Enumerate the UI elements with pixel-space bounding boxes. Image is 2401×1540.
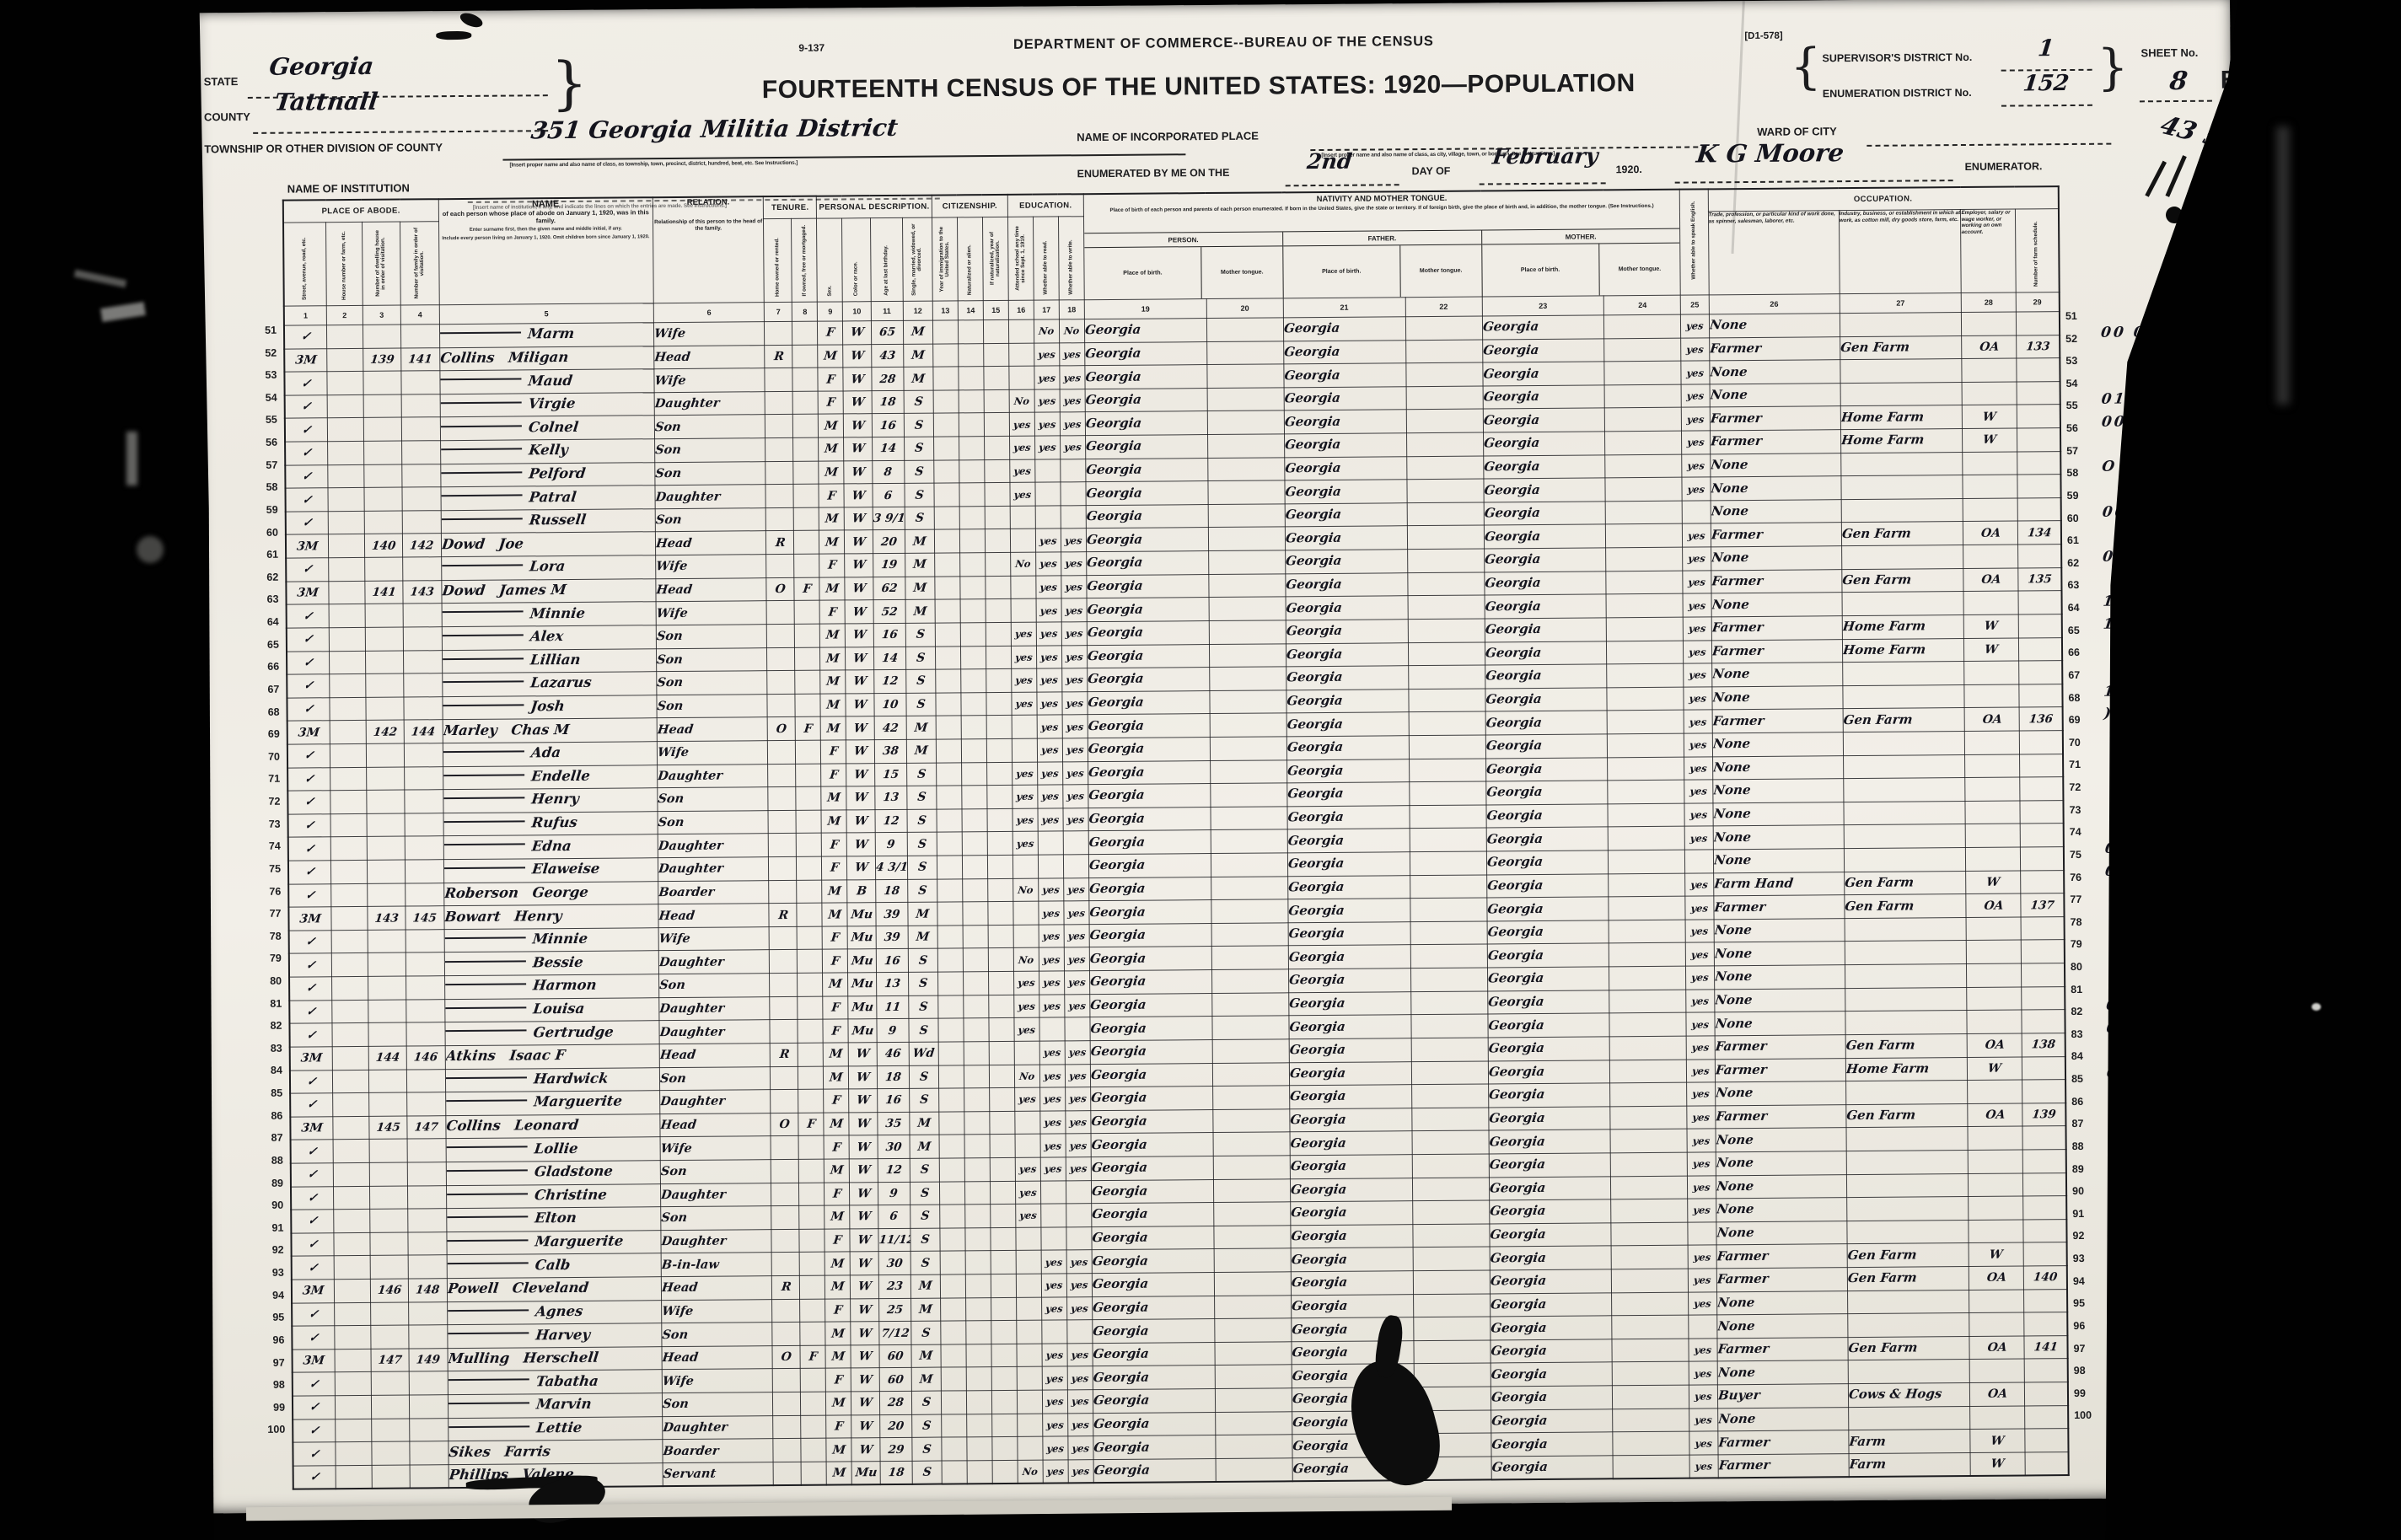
cell-st: ✓ <box>287 744 330 768</box>
cell-dw: 144 <box>368 1046 407 1070</box>
line-number-left: 94 <box>250 1289 284 1311</box>
cell-c13 <box>941 1321 966 1344</box>
cell-fam <box>410 1418 449 1441</box>
cell-color: W <box>849 1065 877 1089</box>
cell-rd: yes <box>1041 1296 1066 1320</box>
cell-mar: S <box>904 437 933 460</box>
cell-sex: F <box>826 1368 851 1392</box>
cell-mar: M <box>910 1112 939 1135</box>
cell-pob: Georgia <box>1092 1203 1214 1227</box>
cell-fam: 142 <box>402 534 441 557</box>
cell-age: 25 <box>878 1298 910 1322</box>
cell-dw <box>368 1070 407 1093</box>
cell-fpob: Georgia <box>1284 363 1406 388</box>
cell-rd: yes <box>1040 1111 1066 1135</box>
cell-fpob: Georgia <box>1288 969 1410 993</box>
cell-name: Elaweise <box>443 858 658 883</box>
cell-occ: None <box>1712 755 1843 780</box>
name-sub: of each person whose place of abode on J… <box>438 209 653 225</box>
cell-c14 <box>963 972 988 995</box>
cell-age: 14 <box>873 647 905 670</box>
cell-c13 <box>935 577 960 600</box>
cell-fpob: Georgia <box>1290 1201 1412 1226</box>
cell-st: ✓ <box>287 628 330 652</box>
cell-fam: 143 <box>403 580 442 604</box>
cell-fpob: Georgia <box>1290 1178 1412 1202</box>
cell-sex: M <box>819 414 844 437</box>
cell-pob: Georgia <box>1087 598 1209 622</box>
cell-wr: yes <box>1061 622 1087 646</box>
cell-ind <box>1845 1011 1968 1035</box>
cell-fam: 147 <box>407 1115 446 1139</box>
cell-mar: M <box>903 320 932 344</box>
ditto-line <box>447 1193 528 1195</box>
cell-sch <box>1014 1041 1039 1065</box>
cell-rd: yes <box>1034 389 1060 413</box>
cell-fs <box>2019 731 2063 754</box>
cell-dw <box>363 325 401 348</box>
ditto-line <box>443 820 524 823</box>
cell-age: 52 <box>873 600 905 624</box>
cell-mtg <box>792 321 818 345</box>
cell-age: 12 <box>873 670 905 694</box>
cell-ind: Gen Farm <box>1845 1103 1968 1128</box>
cell-mpob: Georgia <box>1491 1362 1613 1387</box>
cell-sex: M <box>825 1345 851 1369</box>
cell-mar: S <box>909 995 938 1019</box>
line-number-right: 56 <box>2066 422 2097 444</box>
cell-wr: yes <box>1065 1064 1090 1087</box>
pen-stroke <box>2145 161 2167 197</box>
cell-wr: yes <box>1061 529 1086 552</box>
cell-dw <box>369 1162 408 1186</box>
cell-hn <box>331 953 368 977</box>
cell-mt20 <box>1207 434 1284 458</box>
cell-rel: Son <box>659 974 771 998</box>
cell-color: W <box>843 344 871 368</box>
cell-home: R <box>771 1043 798 1066</box>
cell-mt20 <box>1210 783 1286 807</box>
cell-st: 3M <box>286 534 329 558</box>
enumerated-prefix: ENUMERATED BY ME ON THE <box>1077 167 1230 180</box>
column-number: 16 <box>1008 300 1034 319</box>
cell-mt22 <box>1411 1060 1488 1084</box>
cell-mtg <box>801 1415 826 1439</box>
cell-mt20 <box>1214 1295 1291 1318</box>
cell-color: Mu <box>848 973 876 996</box>
line-number-left: 82 <box>248 1020 282 1042</box>
cell-name: Roberson George <box>443 881 658 906</box>
line-number-left: 77 <box>247 908 281 930</box>
cell-mpob: Georgia <box>1483 408 1605 432</box>
cell-mt20 <box>1212 1016 1289 1039</box>
cell-name: Lillian <box>442 648 657 673</box>
column-number: 26 <box>1709 294 1840 314</box>
cell-c14 <box>964 1018 989 1042</box>
cell-dw: 139 <box>363 348 401 372</box>
cell-home <box>770 950 798 974</box>
cell-occ: Farmer <box>1716 1337 1847 1361</box>
cell-mpob: Georgia <box>1491 1409 1613 1433</box>
cell-ind <box>1847 1220 1969 1244</box>
cell-fpob: Georgia <box>1284 433 1406 458</box>
cell-color: Mu <box>847 903 875 926</box>
cell-mt22 <box>1409 781 1485 805</box>
cell-wr: yes <box>1065 1041 1090 1065</box>
cell-mtg <box>792 368 818 391</box>
cell-mt20 <box>1209 597 1286 620</box>
cell-occ: None <box>1713 825 1844 850</box>
cell-emp <box>1970 1406 2024 1430</box>
cell-dw: 143 <box>367 906 406 930</box>
cell-sex: M <box>819 507 845 531</box>
cell-mpob: Georgia <box>1488 1037 1610 1061</box>
cell-emp <box>1966 847 2020 871</box>
line-number-left: 72 <box>246 796 280 818</box>
column-number: 15 <box>983 300 1008 319</box>
cell-c13 <box>932 320 958 344</box>
cell-occ: Farmer <box>1718 1453 1849 1478</box>
line-number-left: 90 <box>250 1199 283 1221</box>
cell-occ: None <box>1713 849 1844 873</box>
cell-fam <box>403 604 442 627</box>
cell-ind <box>1846 1173 1969 1198</box>
cell-c15 <box>990 1135 1015 1158</box>
line-number-left: 67 <box>245 684 279 706</box>
cell-fs <box>2018 661 2062 684</box>
cell-c15 <box>989 1065 1014 1088</box>
cell-st: ✓ <box>289 977 332 1001</box>
cell-mar: S <box>907 879 937 903</box>
cell-fs <box>2022 1172 2066 1196</box>
cell-mt22 <box>1410 898 1486 921</box>
cell-hn <box>334 1232 370 1256</box>
table-header: PLACE OF ABODE. NAME of each person whos… <box>283 186 2060 325</box>
cell-c15 <box>991 1227 1016 1251</box>
cell-c15 <box>985 459 1010 483</box>
cell-pob: Georgia <box>1093 1342 1215 1366</box>
cell-occ: Farmer <box>1715 1058 1845 1082</box>
cell-wr: yes <box>1064 971 1089 995</box>
cell-mt22 <box>1408 619 1485 642</box>
line-number-left: 76 <box>247 885 281 907</box>
cell-mt22 <box>1406 386 1483 410</box>
cell-fpob: Georgia <box>1285 550 1407 574</box>
cell-rel: Head <box>654 345 765 369</box>
cell-fs <box>2017 497 2061 521</box>
cell-sch <box>1015 1111 1040 1135</box>
cell-rd: yes <box>1043 1414 1068 1437</box>
cell-mtg <box>794 531 819 555</box>
cell-mtg <box>796 740 821 764</box>
cell-ind <box>1843 754 1965 779</box>
cell-fpob: Georgia <box>1288 945 1410 969</box>
cell-st: 3M <box>290 1047 333 1070</box>
cell-ind <box>1843 684 1965 709</box>
line-number-left: 68 <box>246 706 280 727</box>
county-underline <box>253 130 548 134</box>
cell-c15 <box>989 1018 1014 1042</box>
cell-mtg <box>793 437 819 461</box>
enumerator-name: K G Moore <box>1695 138 1845 168</box>
ditto-line <box>449 1402 529 1404</box>
cell-mt20 <box>1213 1132 1290 1156</box>
cell-st: ✓ <box>293 1396 336 1419</box>
cell-pob: Georgia <box>1093 1366 1215 1390</box>
cell-c13 <box>940 1228 965 1252</box>
cell-pob: Georgia <box>1089 923 1211 947</box>
cell-fpob: Georgia <box>1286 620 1408 644</box>
line-number-right: 70 <box>2069 737 2099 759</box>
column-number: 1 <box>284 306 327 325</box>
cell-pob: Georgia <box>1088 784 1211 808</box>
cell-hn <box>335 1302 371 1326</box>
cell-occ: None <box>1716 1151 1846 1176</box>
cell-dw <box>365 651 404 674</box>
cell-name: Patral <box>441 486 656 511</box>
cell-mt20 <box>1211 946 1288 969</box>
cell-sch: yes <box>1015 1181 1040 1205</box>
cell-c15 <box>986 646 1011 669</box>
cell-mt20 <box>1213 1202 1290 1226</box>
nativity-mother-band: MOTHER. Place of birth.Mother tongue. <box>1482 229 1680 297</box>
cell-occ: None <box>1709 360 1840 384</box>
cell-hn <box>327 418 363 442</box>
cell-c14 <box>963 902 988 926</box>
cell-sch <box>1015 1134 1040 1157</box>
line-number-right: 83 <box>2071 1028 2102 1050</box>
cell-dw <box>367 836 406 860</box>
cell-ind: Gen Farm <box>1841 522 1963 546</box>
cell-pob: Georgia <box>1084 319 1206 343</box>
col-mortgage: If owned, free or mortgaged. <box>792 218 818 302</box>
cell-mar: S <box>905 623 935 647</box>
enumerated-month: February <box>1491 143 1599 169</box>
cell-c15 <box>988 971 1013 995</box>
cell-home <box>767 624 795 647</box>
cell-fpob: Georgia <box>1288 991 1410 1016</box>
cell-sex: M <box>819 577 845 601</box>
cell-fpob: Georgia <box>1284 410 1406 434</box>
cell-fam <box>404 696 443 720</box>
cell-occ: None <box>1716 1290 1847 1315</box>
cell-color: W <box>846 716 874 740</box>
cell-fs: 133 <box>2016 335 2060 358</box>
cell-name: Collins Leonard <box>445 1113 660 1139</box>
cell-rd: yes <box>1040 1134 1066 1157</box>
cell-occ: None <box>1710 453 1840 477</box>
cell-sch: yes <box>1014 1017 1039 1041</box>
cell-ind: Home Farm <box>1845 1057 1968 1081</box>
cell-emp <box>1969 1290 2023 1313</box>
cell-emp <box>1966 824 2020 847</box>
cell-fam <box>406 1022 445 1046</box>
cell-name: Bessie <box>444 951 659 976</box>
cell-mt22 <box>1406 432 1483 456</box>
line-number-left: 93 <box>250 1267 284 1289</box>
cell-ind: Gen Farm <box>1848 1336 1970 1360</box>
cell-rel: Head <box>655 531 766 555</box>
cell-st: ✓ <box>284 325 327 349</box>
cell-c14 <box>964 1181 990 1205</box>
line-number-right: 74 <box>2070 826 2100 848</box>
line-number-left: 79 <box>248 952 282 974</box>
cell-fs <box>2020 800 2064 824</box>
cell-sch: yes <box>1011 646 1036 669</box>
person-mt-label: Mother tongue. <box>1201 246 1282 298</box>
cell-home: R <box>765 345 792 368</box>
cell-rel: Son <box>656 625 767 649</box>
cell-fs <box>2021 986 2065 1010</box>
cell-c13 <box>938 1042 964 1065</box>
cell-age: 12 <box>875 809 907 833</box>
cell-name: Agnes <box>447 1300 662 1325</box>
cell-fam <box>409 1301 448 1325</box>
group-nativity: NATIVITY AND MOTHER TONGUE. Place of bir… <box>1083 190 1680 300</box>
cell-home <box>772 1323 800 1346</box>
cell-c14 <box>959 367 984 390</box>
ditto-line <box>446 1146 527 1149</box>
cell-eng: yes <box>1683 523 1711 547</box>
cell-ind <box>1842 662 1964 686</box>
cell-mt22 <box>1406 456 1483 480</box>
cell-mt20 <box>1211 807 1287 830</box>
cell-occ: None <box>1710 476 1840 501</box>
cell-emp: W <box>1964 614 2018 638</box>
cell-mt20 <box>1209 643 1286 667</box>
ditto-line <box>442 634 523 636</box>
cell-emp <box>1963 498 2017 522</box>
cell-st: ✓ <box>292 1256 335 1280</box>
cell-mtg <box>800 1299 825 1323</box>
institution-label: NAME OF INSTITUTION <box>287 181 410 195</box>
cell-name: Mulling Herschell <box>448 1346 663 1371</box>
cell-pob: Georgia <box>1088 830 1211 855</box>
ditto-line <box>445 1006 526 1009</box>
cell-home <box>767 647 795 671</box>
line-number-left: 55 <box>244 414 277 436</box>
line-number-left: 89 <box>250 1177 283 1199</box>
cell-hn <box>329 581 365 604</box>
ditto-line <box>441 495 522 497</box>
cell-sex: M <box>825 1159 850 1183</box>
cell-c15 <box>990 1111 1015 1135</box>
cell-st: ✓ <box>285 488 328 512</box>
cell-color: W <box>844 460 872 484</box>
cell-c15 <box>984 343 1009 367</box>
cell-dw <box>367 860 406 883</box>
cell-wr: yes <box>1062 668 1088 692</box>
cell-mpob: Georgia <box>1485 781 1608 805</box>
cell-hn <box>328 441 364 464</box>
cell-pob: Georgia <box>1090 993 1212 1017</box>
cell-rd: No <box>1034 319 1059 343</box>
cell-fam <box>405 790 443 813</box>
cell-fam <box>402 441 441 464</box>
cell-sch <box>1016 1227 1041 1251</box>
county-label: COUNTY <box>204 110 250 123</box>
cell-mt24 <box>1609 827 1685 850</box>
cell-c14 <box>959 343 984 367</box>
cell-c13 <box>941 1367 966 1391</box>
cell-emp <box>1969 1220 2022 1243</box>
cell-age: 23 <box>878 1274 910 1298</box>
cell-age: 11 <box>876 995 908 1019</box>
cell-mt24 <box>1610 1060 1687 1083</box>
cell-hn <box>330 813 367 837</box>
cell-name: Atkins Isaac F <box>445 1044 660 1070</box>
cell-c14 <box>964 1088 990 1112</box>
cell-rd: yes <box>1038 785 1063 808</box>
line-number-left: 63 <box>244 593 278 615</box>
cell-c14 <box>959 483 985 507</box>
cell-age: 18 <box>880 1461 912 1484</box>
line-number-left: 78 <box>248 930 282 952</box>
cell-st: ✓ <box>290 1093 333 1117</box>
cell-mar: S <box>910 1251 940 1274</box>
cell-mtg <box>797 880 822 904</box>
cell-emp: OA <box>1969 1266 2023 1290</box>
cell-c14 <box>959 507 985 530</box>
cell-mt20 <box>1214 1226 1291 1249</box>
col-farm-schedule: Number of farm schedule. <box>2015 209 2060 292</box>
cell-mtg <box>794 554 819 577</box>
cell-mt22 <box>1405 340 1482 363</box>
township-underline <box>502 153 1185 160</box>
cell-rel: Daughter <box>654 391 765 416</box>
cell-mt20 <box>1208 527 1285 550</box>
cell-sex: M <box>826 1438 851 1462</box>
cell-sex: M <box>821 716 846 740</box>
cell-c13 <box>935 623 960 647</box>
cell-mt20 <box>1210 737 1286 760</box>
cell-mar: M <box>905 599 935 623</box>
cell-sch: yes <box>1013 762 1038 786</box>
cell-sch: yes <box>1013 785 1038 808</box>
cell-st: ✓ <box>287 767 330 791</box>
cell-c14 <box>964 1065 989 1088</box>
cell-rel: Son <box>655 508 766 533</box>
cell-fam <box>404 743 443 767</box>
cell-c15 <box>992 1414 1018 1437</box>
cell-rel: Son <box>657 647 768 672</box>
cell-dw <box>363 441 402 464</box>
cell-c13 <box>942 1437 967 1461</box>
cell-c13 <box>935 646 960 669</box>
cell-occ: None <box>1714 918 1845 942</box>
cell-mtg <box>798 1019 823 1043</box>
cell-ind <box>1840 382 1963 406</box>
cell-occ: Farmer <box>1709 336 1840 361</box>
cell-mpob: Georgia <box>1487 967 1609 991</box>
cell-name: Ada <box>443 742 658 767</box>
cell-home: R <box>766 531 794 555</box>
cell-occ: Farmer <box>1716 1268 1847 1292</box>
supervisor-label: SUPERVISOR'S DISTRICT No. <box>1822 51 1972 64</box>
line-number-right: 99 <box>2074 1387 2104 1409</box>
cell-mar: M <box>911 1367 941 1391</box>
cell-mpob: Georgia <box>1487 1013 1609 1038</box>
cell-emp <box>1965 754 2019 778</box>
cell-age: 35 <box>877 1112 909 1135</box>
cell-mtg <box>794 507 819 531</box>
cell-hn <box>336 1465 372 1489</box>
cell-eng: yes <box>1689 1361 1717 1385</box>
cell-rel: Head <box>658 904 770 928</box>
cell-mpob: Georgia <box>1483 385 1605 410</box>
cell-eng: yes <box>1689 1385 1717 1409</box>
cell-ind: Home Farm <box>1842 638 1964 663</box>
